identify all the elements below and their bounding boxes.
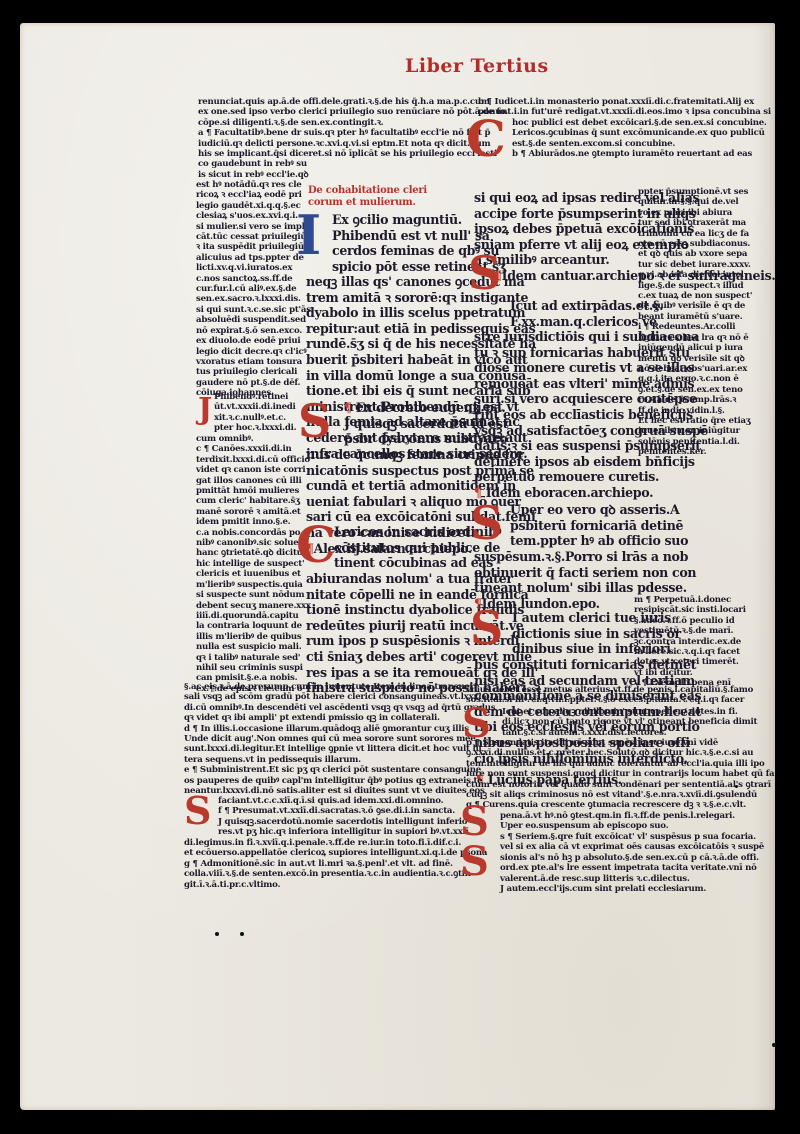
gloss-line: iuuenibꝰ non iniūgitur bbox=[638, 426, 752, 436]
gloss-line: di.legimus.in fi.ꝛ.xviī.q.i.penale.ꝛ.ff.… bbox=[184, 838, 487, 848]
gloss-line: J autem.eccl'ijs.cum sint prelati eccles… bbox=[500, 884, 759, 894]
gloss-line: absoluēdi suspendit.sed bbox=[196, 315, 311, 325]
gloss-line: et ecōuerso.appellatōe clericoꝝ supiores… bbox=[184, 848, 487, 858]
gloss-line: illis m'lieribꝰ de quibus bbox=[196, 632, 311, 642]
gloss-line: colla.viiī.ꝛ.§.de senten.excō.in present… bbox=[184, 869, 487, 879]
text-line: perpetuo remouere curetis. bbox=[474, 469, 708, 485]
gloss-line: qꝛ videt qꝛ ibi ampli' pt extendi pmissi… bbox=[184, 713, 495, 723]
chapter-heading: De cohabitatione cleri corum et mulierum… bbox=[308, 185, 427, 209]
gloss-bottom-right-4: pena.ā.vt hꝰ.nō ꝯtest.qm.in fi.ꝛ.ff.de p… bbox=[500, 811, 764, 853]
gloss-line: qꝛ i talibꝰ naturale sed' bbox=[196, 653, 311, 663]
gloss-line: nō expirat.§.ō sen.exco. bbox=[196, 326, 311, 336]
gloss-line: b ¶ Iudicet.i.in monasterio ponat.xxxiī.… bbox=[478, 97, 771, 107]
gloss-line: est.§.de senten.excom.si concubine. bbox=[512, 139, 767, 149]
gloss-line: manē sororē ꝛ amitā.et bbox=[196, 507, 311, 517]
ink-speck bbox=[240, 932, 244, 936]
gloss-line: beant iuramētū s'uare. bbox=[638, 312, 752, 322]
gloss-line: ꝫc.contra interdic.ex.de bbox=[634, 637, 746, 647]
gloss-line: trimoniū cū ea licʒ de fa bbox=[638, 229, 752, 239]
gloss-line: alicuius ad tps.ppter de bbox=[196, 253, 311, 263]
gloss-line: q.vi.ab ista die.vel intel bbox=[638, 270, 752, 280]
gloss-line: faciant.vt.c.c.xiī.q.ī.si quis.ad idem.x… bbox=[218, 796, 469, 806]
heading-line: corum et mulierum. bbox=[308, 197, 427, 209]
gloss-line: penitentes.ker. bbox=[638, 447, 752, 457]
gloss-line: de quibꝰ verisīle ē qꝛ de bbox=[638, 301, 752, 311]
gloss-line: §.ac eis.ꝛ.ā.de presump.cum in iuuentute… bbox=[184, 682, 495, 692]
gloss-line: clesiaꝝ s'uos.ex.xvi.q.i. bbox=[196, 211, 311, 221]
gloss-line: clericis et iuuenibus et bbox=[196, 569, 311, 579]
text-line: rum ipos p suspēsionis ꝛ interdi bbox=[306, 633, 540, 649]
text-line: suspēsum.ꝛ.§.Porro si lrās a nob bbox=[474, 549, 696, 565]
gloss-line: re.ꝛ.ā.de p̄sump.lrās.ꝛ bbox=[638, 395, 752, 405]
gloss-line: ff.de indic.vidin.l.§. bbox=[638, 406, 752, 416]
gloss-line: m'lieribꝰ suspectis.quia bbox=[196, 580, 311, 590]
gloss-line: Unde dicit aug'.Non omnes qui cū mea sor… bbox=[184, 734, 495, 744]
gloss-line: quitur.ar.§.§.qui de.vel bbox=[638, 197, 752, 207]
gloss-line: sionis al's nō hꝫ p absoluto.§.de sen.ex… bbox=[500, 853, 759, 863]
gloss-line: nō debeat obs'uari.ar.ex bbox=[638, 364, 752, 374]
gloss-bottom-right-5: sionis al's nō hꝫ p absoluto.§.de sen.ex… bbox=[500, 853, 759, 895]
gloss-line: valerent.ā.de resc.sup litteris ꝛ.c.dile… bbox=[500, 874, 759, 884]
gloss-line: ligitur ex hac lra qꝛ nō ē bbox=[638, 333, 752, 343]
gloss-line: q ¶ Curens.quia crescente ꝯtumacia recre… bbox=[466, 800, 774, 810]
gloss-line: tera sequens.vt in pedissequis illarum. bbox=[184, 755, 495, 765]
gloss-line: c.nos sanctoꝝ.ss.ff.de bbox=[196, 274, 311, 284]
gloss-line: nulla est suspicio mali. bbox=[196, 642, 311, 652]
gloss-line: sunt.lxxxi.di.legitur.Et intellige ꝯpnie… bbox=[184, 744, 495, 754]
red-initial-s: S bbox=[298, 398, 331, 444]
gloss-left-column: est hꝰ notādū.qꝛ res cle ricoꝝ ꝛ eccl'ia… bbox=[196, 180, 311, 399]
gloss-bottom-right-2: Icut.et sup.aliqꝫ nihilomin' sunt ꝯpelle… bbox=[502, 707, 757, 738]
gloss-line: vestimētū.ꝛ.§.de marī. bbox=[634, 626, 746, 636]
gloss-line: cum omnibꝰ. bbox=[196, 434, 311, 444]
gloss-line: videt qꝛ canon iste corri bbox=[196, 465, 311, 475]
gloss-line: ꝛ ita suspēdit priuilegiū bbox=[196, 242, 311, 252]
gloss-top-right-2: hoc publici est debet excōicari.§.de sen… bbox=[512, 118, 767, 160]
gloss-line: cum cleric' habitare.s̄ʒ bbox=[196, 496, 311, 506]
gloss-bottom-right: vnius debet esse metus alterius.vt.ff.de… bbox=[466, 685, 753, 706]
gloss-line: neantur.lxxxvi.di.nō satis.aliter est si… bbox=[184, 786, 495, 796]
ink-speck bbox=[772, 1043, 776, 1047]
gloss-line: p ¶ Suspendatis.ita illi nō sunt supēsi … bbox=[466, 738, 774, 748]
gloss-line: di.licʒ non cū tanto rigore vt vl' ꝯtine… bbox=[502, 717, 757, 727]
gloss-line: ricoꝝ ꝛ eccl'iaꝝ eodē pri bbox=[196, 190, 311, 200]
gloss-line: nibꝰ canonibꝰ.sic solue bbox=[196, 538, 311, 548]
gloss-line: s ¶ Seriem.§.qre fuit excōicat' vl' susp… bbox=[500, 832, 764, 842]
gloss-line: iudiciū.qꝛ delicti persone.ꝛc.xvi.q.vi.s… bbox=[198, 139, 508, 149]
gloss-line: si mulier.si vero se impli bbox=[196, 222, 311, 232]
gloss-line: i ¶ Redeuntes.Ar.colli bbox=[638, 322, 752, 332]
gloss-line: §.adeo.ꝛ.ff.ō peculio id bbox=[634, 616, 746, 626]
gloss-line: iniūgendū alicui p iura bbox=[638, 343, 752, 353]
gloss-line: Lericos.ꝯcubinas q̄ sunt excōmunicande.e… bbox=[512, 128, 767, 138]
gloss-line: tur sed ibi ꝯtraxerāt ma bbox=[638, 218, 752, 228]
gloss-line: la contraria loquunt de bbox=[196, 621, 311, 631]
gloss-line: ppter p̄sumptionē.vt ses bbox=[638, 187, 752, 197]
rubric-line: ¶ Idem eboracen.archiepo. bbox=[474, 485, 708, 501]
red-initial-s-4: S bbox=[470, 605, 503, 651]
gloss-line: ūt.vt.xxxii.di.inedi bbox=[214, 402, 296, 412]
gloss-line: ꝯ.xxxī.di.nullus.et.c.preter hec.Solutō.… bbox=[466, 748, 774, 758]
gloss-line: b ¶ Abiurādos.ne ꝯtempto iuramēto reuert… bbox=[512, 149, 767, 159]
gloss-line: si suspecte sunt nōdum bbox=[196, 590, 311, 600]
gloss-line: renunciat.quis ap.ā.de offi.dele.grati.ꝛ… bbox=[198, 97, 508, 107]
gloss-line: dotes.vt ceteri timerēt. bbox=[634, 657, 746, 667]
gloss-right-column: ppter p̄sumptionē.vt ses quitur.ar.§.§.q… bbox=[638, 187, 752, 458]
gloss-line: sos.lv.di.si illꝰ.ꝛ.ī.q.viī.ī.ppter.ꝛ.§.… bbox=[466, 695, 753, 705]
gloss-line: resipiscāt.sic insti.locari bbox=[634, 605, 746, 615]
gloss-line: solēnis penitentia.l.di. bbox=[638, 437, 752, 447]
gloss-line: git.ī.ꝛ.ā.ti.pr.c.vltimo. bbox=[184, 880, 487, 890]
gloss-line: cāt.tūc cessat priuilegiū bbox=[196, 232, 311, 242]
gloss-left-cont: Phibendꝰ.retinei ūt.vt.xxxii.di.inedi xi… bbox=[214, 392, 296, 434]
gloss-line: ex diuolo.de eodē priui bbox=[196, 336, 311, 346]
gloss-line: pmittāt hmōi mulieres bbox=[196, 486, 311, 496]
gloss-line: Uper eo.suspensum ab episcopo suo. bbox=[500, 821, 764, 831]
gloss-line: hoc publici est debet excōicari.§.de sen… bbox=[512, 118, 767, 128]
blue-initial-i: I bbox=[296, 208, 321, 262]
gloss-line: is sicut in rebꝰ eccl'ie.qꝺ bbox=[198, 170, 508, 180]
gloss-line: di.cū omnibꝰ.In descendēti vel ascēdenti… bbox=[184, 703, 495, 713]
gloss-line: his se implicant.q̄si diceret.si nō īpli… bbox=[198, 149, 508, 159]
ink-speck bbox=[215, 932, 219, 936]
gloss-line: c.ex tuaꝝ de non suspect' bbox=[638, 291, 752, 301]
gloss-bottom-right-3: p ¶ Suspendatis.ita illi nō sunt supēsi … bbox=[466, 738, 774, 811]
gloss-line: g ¶ Admonitionē.sic in aut.vt li.mri ꝛa.… bbox=[184, 859, 487, 869]
gloss-line: vxoratus etiam tonsura bbox=[196, 357, 311, 367]
gloss-line: vt ibi dicitur. bbox=[634, 668, 746, 678]
gloss-line: vnius debet esse metus alterius.vt.ff.de… bbox=[466, 685, 753, 695]
gloss-bottom-left: §.ac eis.ꝛ.ā.de presump.cum in iuuentute… bbox=[184, 682, 495, 796]
gloss-line: terdixit.lxxxi.di.cū officio bbox=[196, 455, 311, 465]
pilcrow-icon: ¶ bbox=[494, 268, 502, 283]
gloss-line: xit.ꝛ.c.nullꝰ.et.c. bbox=[214, 413, 296, 423]
heading-line: De cohabitatione cleri bbox=[308, 185, 427, 197]
gloss-line: iure non sunt suspensi.quod dicitur in c… bbox=[466, 769, 774, 779]
gloss-line: Icut.et sup.aliqꝫ nihilomin' sunt ꝯpelle… bbox=[502, 707, 757, 717]
gloss-line: c ¶ Canōes.xxxii.di.in bbox=[196, 444, 311, 454]
gloss-line: est hꝰ notādū.qꝛ res cle bbox=[196, 180, 311, 190]
gloss-line: sen.ex.sacro.ꝛ.lxxxi.dis. bbox=[196, 294, 311, 304]
gloss-line: e ¶ Subministrent.Et sic pʒ qꝛ clerici p… bbox=[184, 765, 495, 775]
gloss-left-cont-2: cum omnibꝰ. c ¶ Canōes.xxxii.di.in terdi… bbox=[196, 434, 311, 694]
red-initial-c: C bbox=[296, 520, 336, 570]
gloss-line: licti.xv.q.vi.iuratos.ex bbox=[196, 263, 311, 273]
text-line: trem amitā ꝛ sororē:qꝛ instigante bbox=[306, 290, 536, 306]
gloss-line: a ¶ Facultatibꝰ.bene dr suis.qꝛ pter hꝰ … bbox=[198, 128, 508, 138]
red-initial-i: J bbox=[198, 392, 212, 427]
gloss-line: idem pmitit inno.§.e. bbox=[196, 517, 311, 527]
text-line: dyabolo in illis scelus ppetratum bbox=[306, 305, 536, 321]
gloss-line: ord.ex pte.al's lre essent impetrata tac… bbox=[500, 863, 759, 873]
gloss-line: pter hoc.ꝛ.lxxxi.di. bbox=[214, 423, 296, 433]
gloss-line: gaudere nō pt.§.de dēf. bbox=[196, 378, 311, 388]
gloss-top-left: renunciat.quis ap.ā.de offi.dele.grati.ꝛ… bbox=[198, 97, 508, 180]
gloss-line: d ¶ In illis.i.occasione illarum.quādoqꝫ… bbox=[184, 724, 495, 734]
gloss-right-column-2: m ¶ Perpetuā.i.donec resipiscāt.sic inst… bbox=[634, 595, 746, 689]
gloss-line: tur sic debet iurare.xxxv. bbox=[638, 260, 752, 270]
gloss-line: pena.ā.vt hꝰ.nō ꝯtest.qm.in fi.ꝛ.ff.de p… bbox=[500, 811, 764, 821]
gloss-line: m'liere.sic.ꝛ.q.i.qꝛ facet bbox=[634, 647, 746, 657]
gloss-line: nihil seu criminis suspi bbox=[196, 663, 311, 673]
gloss-line: f ¶ Presumat.vt.xxiī.di.sacratas.ꝛ.ō ꝯse… bbox=[218, 806, 469, 816]
gloss-line: c.a nobis.concordās po bbox=[196, 528, 311, 538]
main-text-right-5: Uper eo vero qꝺ asseris.A p̄sbiterū forn… bbox=[510, 502, 688, 549]
gloss-line: iiiī.di.quorundā.capitu bbox=[196, 611, 311, 621]
gloss-line: cur.fur.l.cū aliꝰ.ex.§.de bbox=[196, 284, 311, 294]
text-line: p̄sbiterū fornicariā detinē bbox=[510, 518, 688, 534]
gloss-line: cto cū essꝫ subdiaconus. bbox=[638, 239, 752, 249]
gloss-line: si qui sunt.ꝛ.c.se.sic pt'ās bbox=[196, 305, 311, 315]
gloss-line: cūqꝫ sit aliqs criminosus nō est vitand'… bbox=[466, 790, 774, 800]
gloss-line: sali vsqꝫ ad scōm gradū pōt habere cleri… bbox=[184, 692, 495, 702]
gloss-line: m ¶ Perpetuā.i.donec bbox=[634, 595, 746, 605]
gloss-line: hanc ꝯtrietatē.qꝺ dicitur bbox=[196, 548, 311, 558]
text-line: redeūtes piurij reatū incurrāt.ve bbox=[306, 618, 540, 634]
red-initial-s-8: S bbox=[460, 842, 489, 882]
gloss-line: et qꝺ quis ab vxore sepa bbox=[638, 249, 752, 259]
gloss-line: os pauperes de quibꝰ capl'm intelligitur… bbox=[184, 776, 495, 786]
gloss-line: tem.intelligitur de his qui adhuc tolera… bbox=[466, 759, 774, 769]
gloss-line: tus priuilegio clericali bbox=[196, 367, 311, 377]
gloss-line: q.q.i.ita ergo.ꝛ.c.non ē bbox=[638, 374, 752, 384]
red-initial-c-gloss: C bbox=[466, 114, 506, 164]
pilcrow-icon: ¶ bbox=[344, 400, 352, 415]
gloss-line: J quisqꝫ.sacerdotū.nomie sacerdotis inte… bbox=[218, 817, 469, 827]
gloss-top-right-1: b ¶ Iudicet.i.in monasterio ponat.xxxiī.… bbox=[478, 97, 771, 118]
red-initial-s-5: S bbox=[184, 792, 211, 830]
text-line: tem.ppter hꝰ ab officio suo bbox=[510, 533, 688, 549]
gloss-line: co gaudebunt in rebꝰ su bbox=[198, 159, 508, 169]
gloss-line: vel si ex alia cā vt exprimat oēs causas… bbox=[500, 842, 764, 852]
gloss-line: Phibendꝰ.retinei bbox=[214, 392, 296, 402]
gloss-line: legio gaudēt.xi.q.q.§.ec bbox=[196, 201, 311, 211]
gloss-line: lige.§.de suspect.ꝛ illud bbox=[638, 281, 752, 291]
gloss-line: hic intellige de suspect' bbox=[196, 559, 311, 569]
gloss-line: ꝯ.et.§.de sen.ex.ex teno bbox=[638, 385, 752, 395]
gloss-line: vo.ex mari.ibi abiura bbox=[638, 208, 752, 218]
text-line: tineant nolum' sibi illas pdesse. bbox=[474, 580, 696, 596]
gloss-line: cōpe.si diligenti.ꝛ.§.de sen.ex.contingi… bbox=[198, 118, 508, 128]
gloss-line: tant.§.c.si autem.ꝛ.xxxī.dist.lectores. bbox=[502, 728, 757, 738]
gloss-line: ctum est notoriū vel quādo sunt condēnar… bbox=[466, 780, 774, 790]
gloss-bottom-left-3: di.legimus.in fi.ꝛ.xviī.q.i.penale.ꝛ.ff.… bbox=[184, 838, 487, 890]
rubric-text: Idem eboracen.archiepo. bbox=[486, 485, 653, 500]
gloss-line: debent secuʒ manere.xxx bbox=[196, 601, 311, 611]
ink-speck bbox=[735, 785, 738, 788]
gloss-line: res.vt pʒ hic.qꝛ inferiora intelligitur … bbox=[218, 827, 469, 837]
gloss-line: mentū qꝺ verisīle sit qꝺ bbox=[638, 354, 752, 364]
gloss-line: gat illos canones cū illi bbox=[196, 476, 311, 486]
gloss-line: ex one.sed ipso verbo clerici priuilegio… bbox=[198, 107, 508, 117]
red-initial-s-3: S bbox=[470, 500, 503, 546]
gloss-line: legio dicit decre.qꝛ cl'icꝰ bbox=[196, 347, 311, 357]
running-title: Liber Tertius bbox=[405, 55, 549, 77]
gloss-line: ponunt.i.in fut'urē redigat.vt.xxxiī.di.… bbox=[478, 107, 771, 117]
gloss-line: Et hec est ratio q̄re etiaʒ bbox=[638, 416, 752, 426]
gloss-bottom-left-2: faciant.vt.c.c.xiī.q.ī.si quis.ad idem.x… bbox=[218, 796, 469, 838]
text-line: Uper eo vero qꝺ asseris.A bbox=[510, 502, 688, 518]
text-line: obtinuerit q̄ facti seriem non con bbox=[474, 565, 696, 581]
red-initial-s-7: S bbox=[460, 802, 489, 842]
